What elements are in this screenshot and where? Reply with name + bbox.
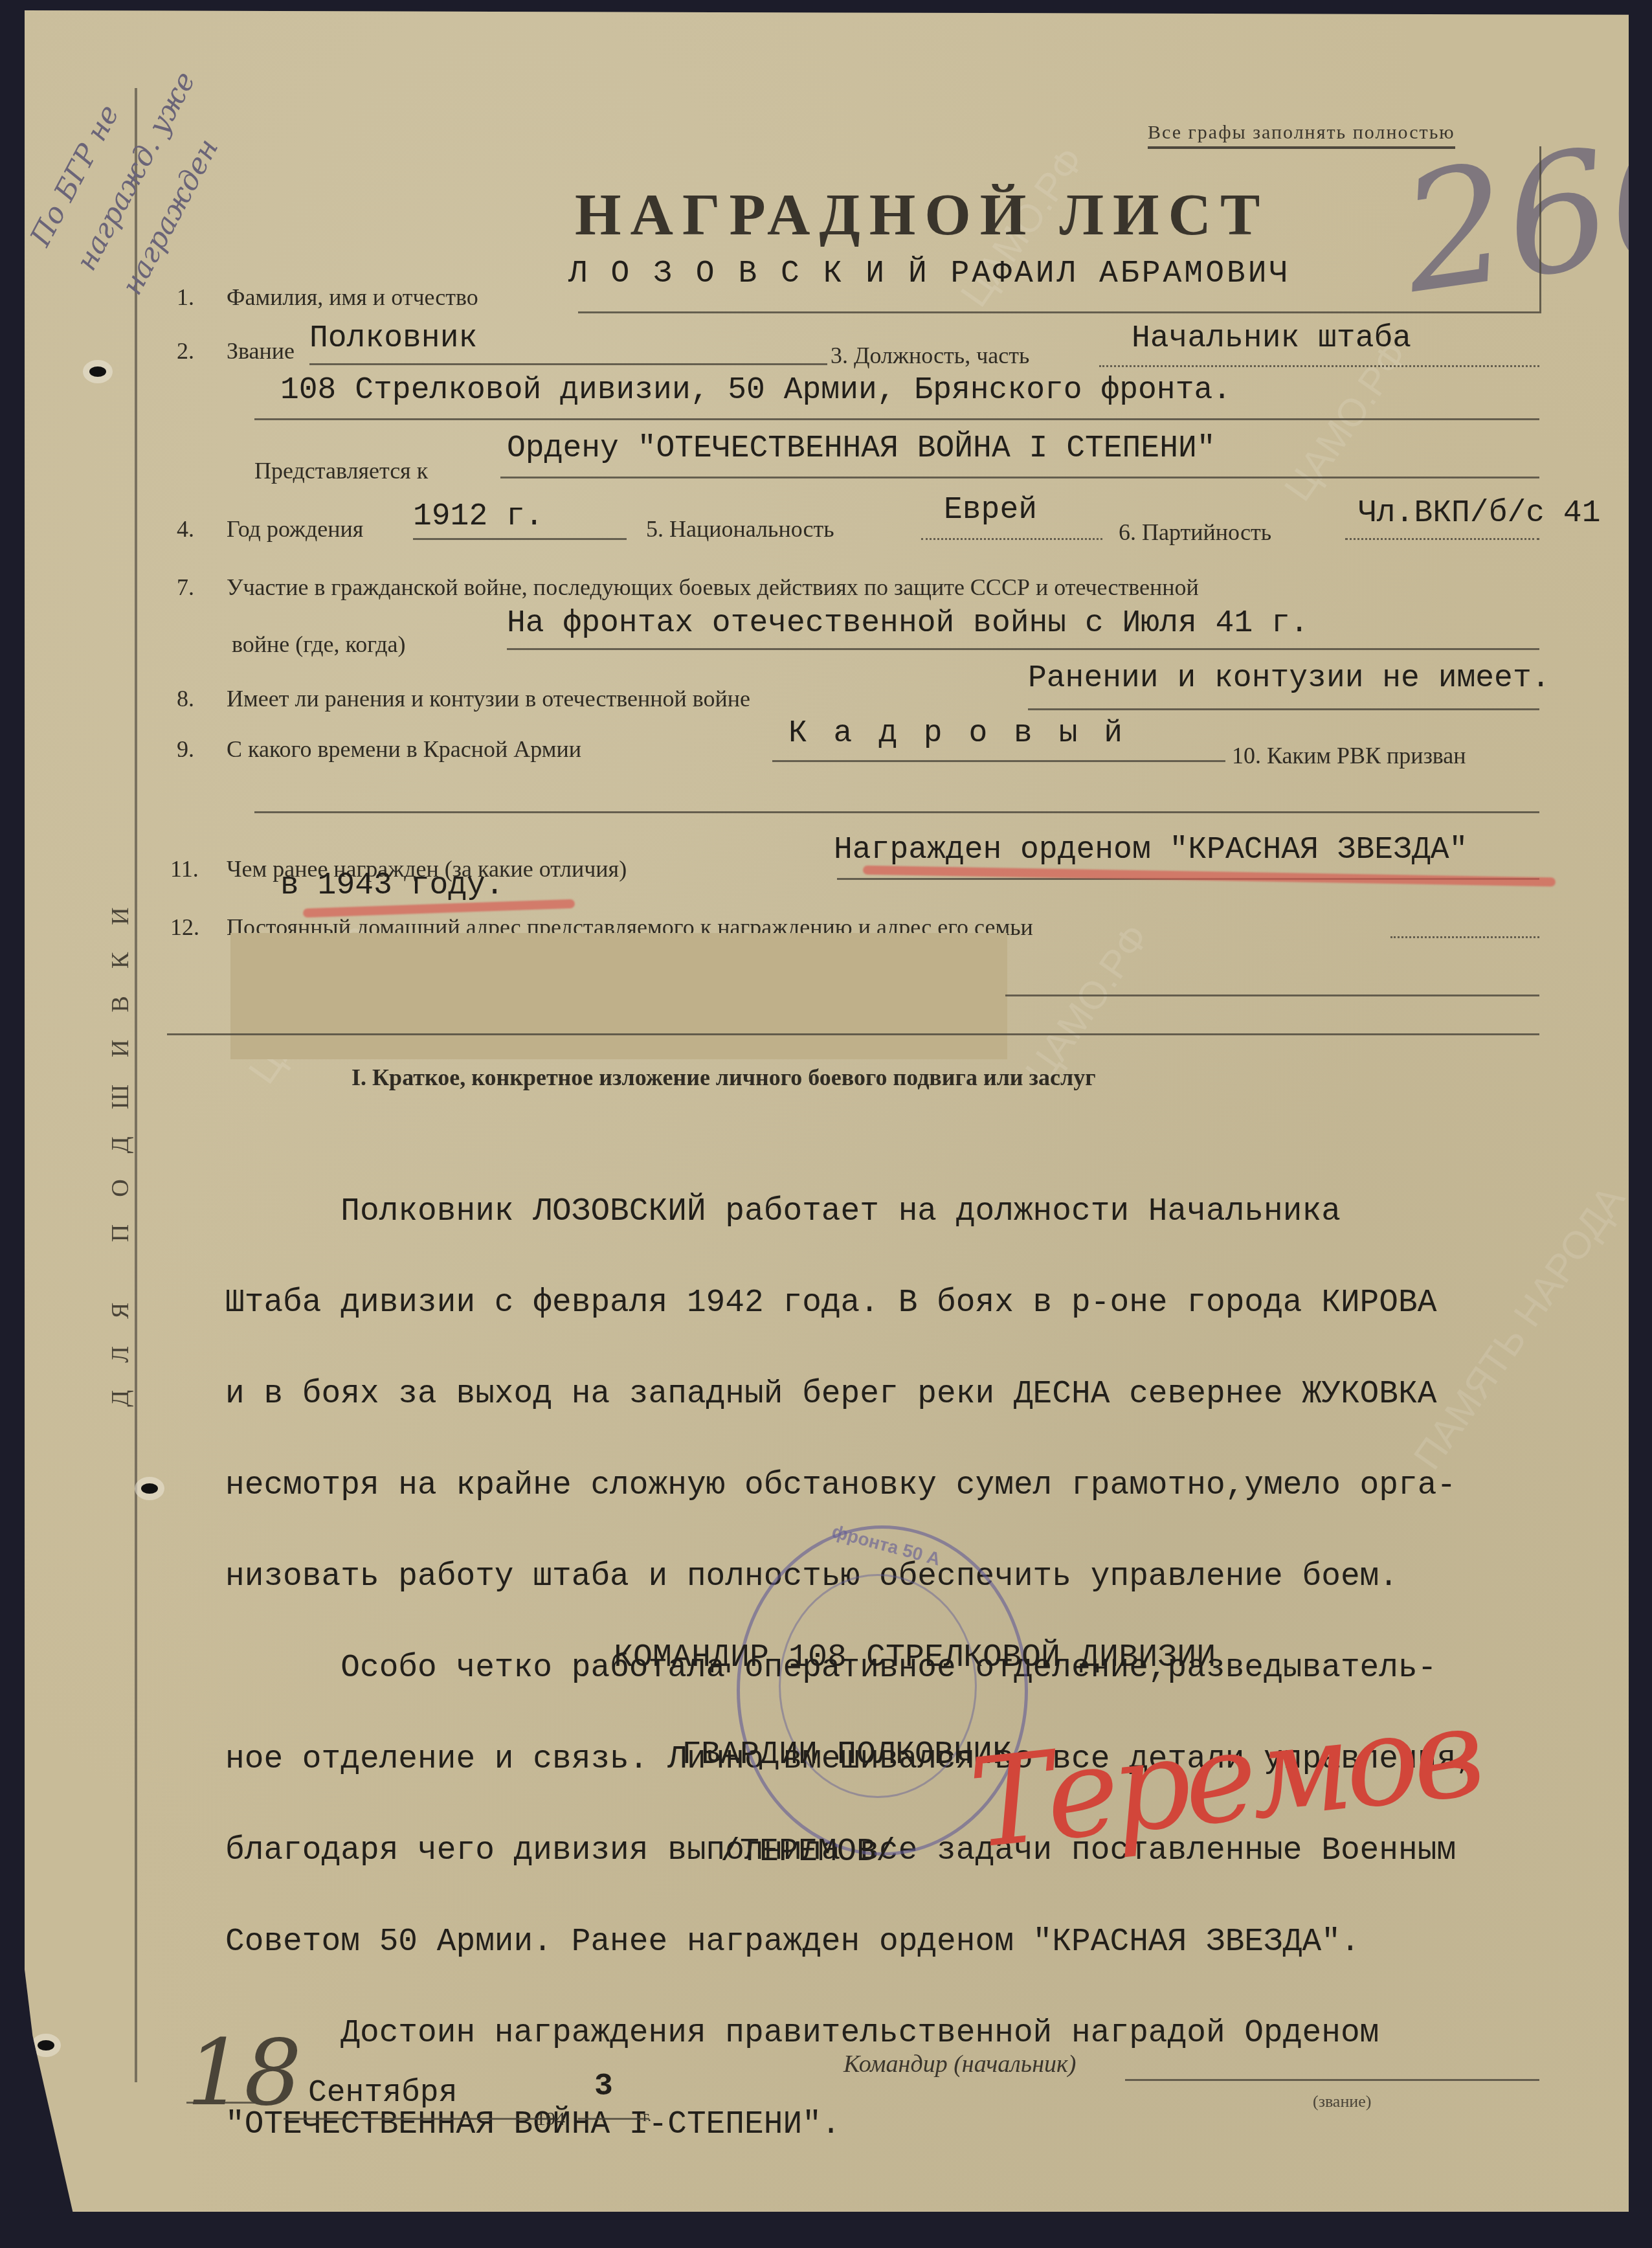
- nationality-value: Еврей: [944, 493, 1037, 528]
- watermark: ЦАМО.РФ: [1275, 333, 1417, 509]
- rank-line: [309, 363, 827, 365]
- war-participation-line: [507, 648, 1539, 650]
- position-line: [1099, 365, 1539, 367]
- redacted-address: [230, 933, 1007, 1059]
- previous-awards-value: Награжден орденом "КРАСНАЯ ЗВЕЗДА": [834, 833, 1468, 868]
- field-number: 9.: [177, 736, 194, 763]
- army-since-value: К а д р о в ы й: [788, 716, 1126, 751]
- commander-line: [1125, 2079, 1539, 2081]
- date-month: Сентября: [308, 2076, 457, 2111]
- narrative-heading: I. Краткое, конкретное изложение личного…: [352, 1064, 1096, 1091]
- field-number: 12.: [170, 914, 199, 941]
- wounds-label: Имеет ли ранения и контузии в отечествен…: [227, 685, 750, 712]
- field-number: 11.: [170, 855, 199, 882]
- field-number: 8.: [177, 685, 194, 712]
- full-name-value: Л О З О В С К И Й РАФАИЛ АБРАМОВИЧ: [568, 256, 1290, 291]
- narrative-line: несмотря на крайне сложную обстановку су…: [225, 1470, 1636, 1501]
- party-line: [1345, 538, 1539, 540]
- narrative-line: Полковник ЛОЗОВСКИЙ работает на должност…: [225, 1197, 1636, 1227]
- wounds-value: Ранении и контузии не имеет.: [1028, 661, 1550, 696]
- rank-label: Звание: [227, 337, 295, 365]
- narrative-line: "ОТЕЧЕСТВЕННАЯ ВОЙНА I-СТЕПЕНИ".: [225, 2109, 1636, 2140]
- home-address-line-2: [1005, 995, 1539, 996]
- previous-awards-value-cont: в 1943 году.: [280, 868, 504, 903]
- pin-hole: [38, 2040, 54, 2051]
- signer-title: КОМАНДИР 108 СТРЕЛКОВОЙ ДИВИЗИИ: [614, 1642, 1216, 1674]
- nomination-value: Ордену "ОТЕЧЕСТВЕННАЯ ВОЙНА I СТЕПЕНИ": [507, 431, 1216, 466]
- draft-office-label: 10. Каким РВК призван: [1232, 742, 1466, 769]
- field-number: 7.: [177, 574, 194, 601]
- date-year-label: г.: [643, 2108, 651, 2126]
- pin-hole: [89, 366, 106, 377]
- full-name-label: Фамилия, имя и отчество: [227, 284, 478, 311]
- date-year-prefix: 194: [536, 2108, 565, 2130]
- narrative-line: и в боях за выход на западный берег реки…: [225, 1379, 1636, 1410]
- draft-office-line: [254, 811, 1539, 813]
- field-number: 1.: [177, 284, 194, 311]
- nationality-label: 5. Национальность: [646, 515, 834, 543]
- binding-margin-label: ДЛЯ ПОДШИВКИ: [101, 632, 140, 1655]
- home-address-line: [1390, 936, 1539, 938]
- rank-value: Полковник: [309, 321, 477, 356]
- position-value-continued: 108 Стрелковой дивизии, 50 Армии, Брянск…: [280, 373, 1231, 408]
- nomination-label: Представляется к: [254, 457, 428, 484]
- birth-year-line: [413, 538, 627, 540]
- pin-hole: [141, 1483, 158, 1494]
- war-participation-value: На фронтах отечественной войны с Июля 41…: [507, 606, 1309, 641]
- wounds-line: [1028, 708, 1539, 710]
- field-number: 2.: [177, 337, 194, 365]
- birth-year-value: 1912 г.: [413, 499, 544, 534]
- war-participation-label: Участие в гражданской войне, последующих…: [227, 574, 1554, 601]
- field-number: 4.: [177, 515, 194, 543]
- page-title: НАГРАДНОЙ ЛИСТ: [575, 180, 1269, 249]
- name-box-border: [1539, 146, 1541, 313]
- war-participation-label-cont: войне (где, когда): [232, 631, 405, 658]
- commander-label: Командир (начальник): [843, 2050, 1076, 2078]
- party-label: 6. Партийность: [1119, 519, 1271, 546]
- party-value: Чл.ВКП/б/с 41: [1358, 496, 1600, 531]
- birth-year-label: Год рождения: [227, 515, 363, 543]
- date-month-line: [284, 2118, 555, 2120]
- date-year-suffix: 3: [594, 2069, 613, 2104]
- rank-caption: (звание): [1313, 2092, 1371, 2111]
- position-label: 3. Должность, часть: [831, 342, 1029, 369]
- date-day: 18: [186, 2021, 302, 2126]
- army-since-line: [772, 760, 1225, 762]
- army-since-label: С какого времени в Красной Армии: [227, 736, 581, 763]
- position-value: Начальник штаба: [1132, 321, 1411, 356]
- nomination-line: [500, 477, 1539, 478]
- home-address-line-3: [167, 1033, 1539, 1035]
- nationality-line: [921, 538, 1102, 540]
- full-name-line: [578, 311, 1539, 313]
- date-year-line: [578, 2118, 649, 2120]
- red-pencil-underline: [863, 866, 1556, 887]
- position-line-2: [254, 418, 1539, 420]
- award-sheet: ЦАМО.РФ ЦАМО.РФ ЦАМО.РФ ЦАМО.РФ ПАМЯТЬ Н…: [25, 10, 1629, 2212]
- narrative-line: Достоин награждения правительственной на…: [225, 2018, 1636, 2049]
- narrative-line: Штаба дивизии с февраля 1942 года. В боя…: [225, 1288, 1636, 1318]
- date-day-line: [186, 2102, 264, 2104]
